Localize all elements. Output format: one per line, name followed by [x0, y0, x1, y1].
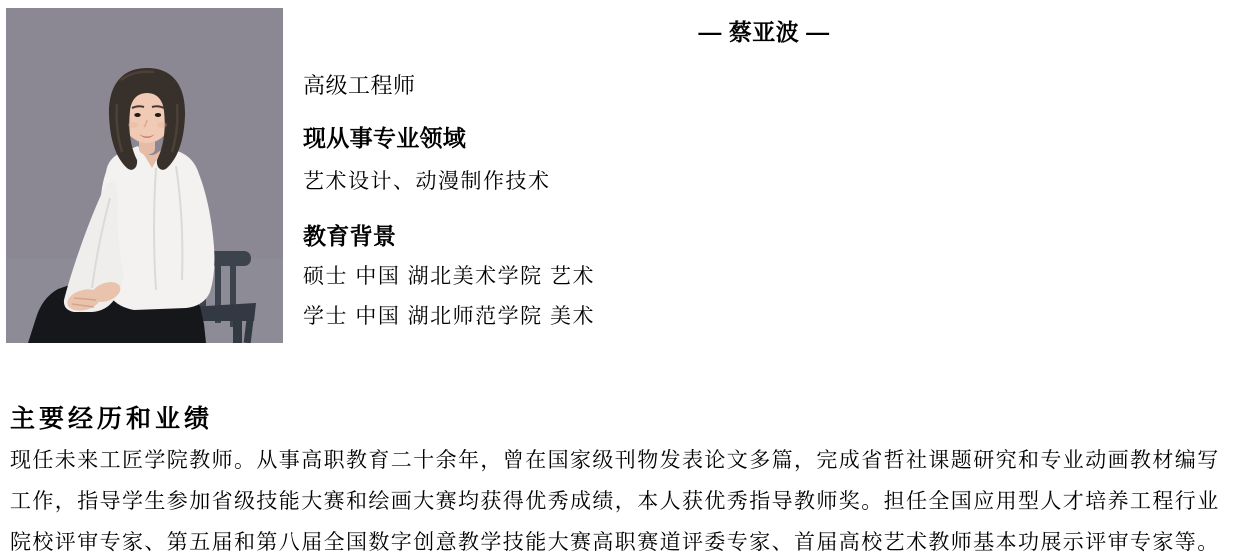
- education-item: 硕士 中国 湖北美术学院 艺术: [303, 260, 595, 290]
- education-item: 学士 中国 湖北师范学院 美术: [303, 300, 595, 330]
- field-section-value: 艺术设计、动漫制作技术: [303, 165, 551, 195]
- experience-line: 现任未来工匠学院教师。从事高职教育二十余年，曾在国家级刊物发表论文多篇，完成省哲…: [10, 440, 1240, 481]
- job-title: 高级工程师: [303, 69, 416, 100]
- profile-name: — 蔡亚波 —: [303, 14, 1225, 47]
- experience-section-body: 现任未来工匠学院教师。从事高职教育二十余年，曾在国家级刊物发表论文多篇，完成省哲…: [10, 440, 1240, 559]
- experience-line: 院校评审专家、第五届和第八届全国数字创意教学技能大赛高职赛道评委专家、首届高校艺…: [10, 522, 1240, 559]
- experience-line: 工作，指导学生参加省级技能大赛和绘画大赛均获得优秀成绩，本人获优秀指导教师奖。担…: [10, 481, 1240, 522]
- education-section-heading: 教育背景: [303, 218, 396, 251]
- portrait-illustration: [6, 8, 283, 343]
- profile-page: — 蔡亚波 — 高级工程师 现从事专业领域 艺术设计、动漫制作技术 教育背景 硕…: [0, 0, 1245, 559]
- profile-photo: [6, 8, 283, 343]
- experience-section-heading: 主要经历和业绩: [10, 399, 213, 435]
- field-section-heading: 现从事专业领域: [303, 120, 466, 153]
